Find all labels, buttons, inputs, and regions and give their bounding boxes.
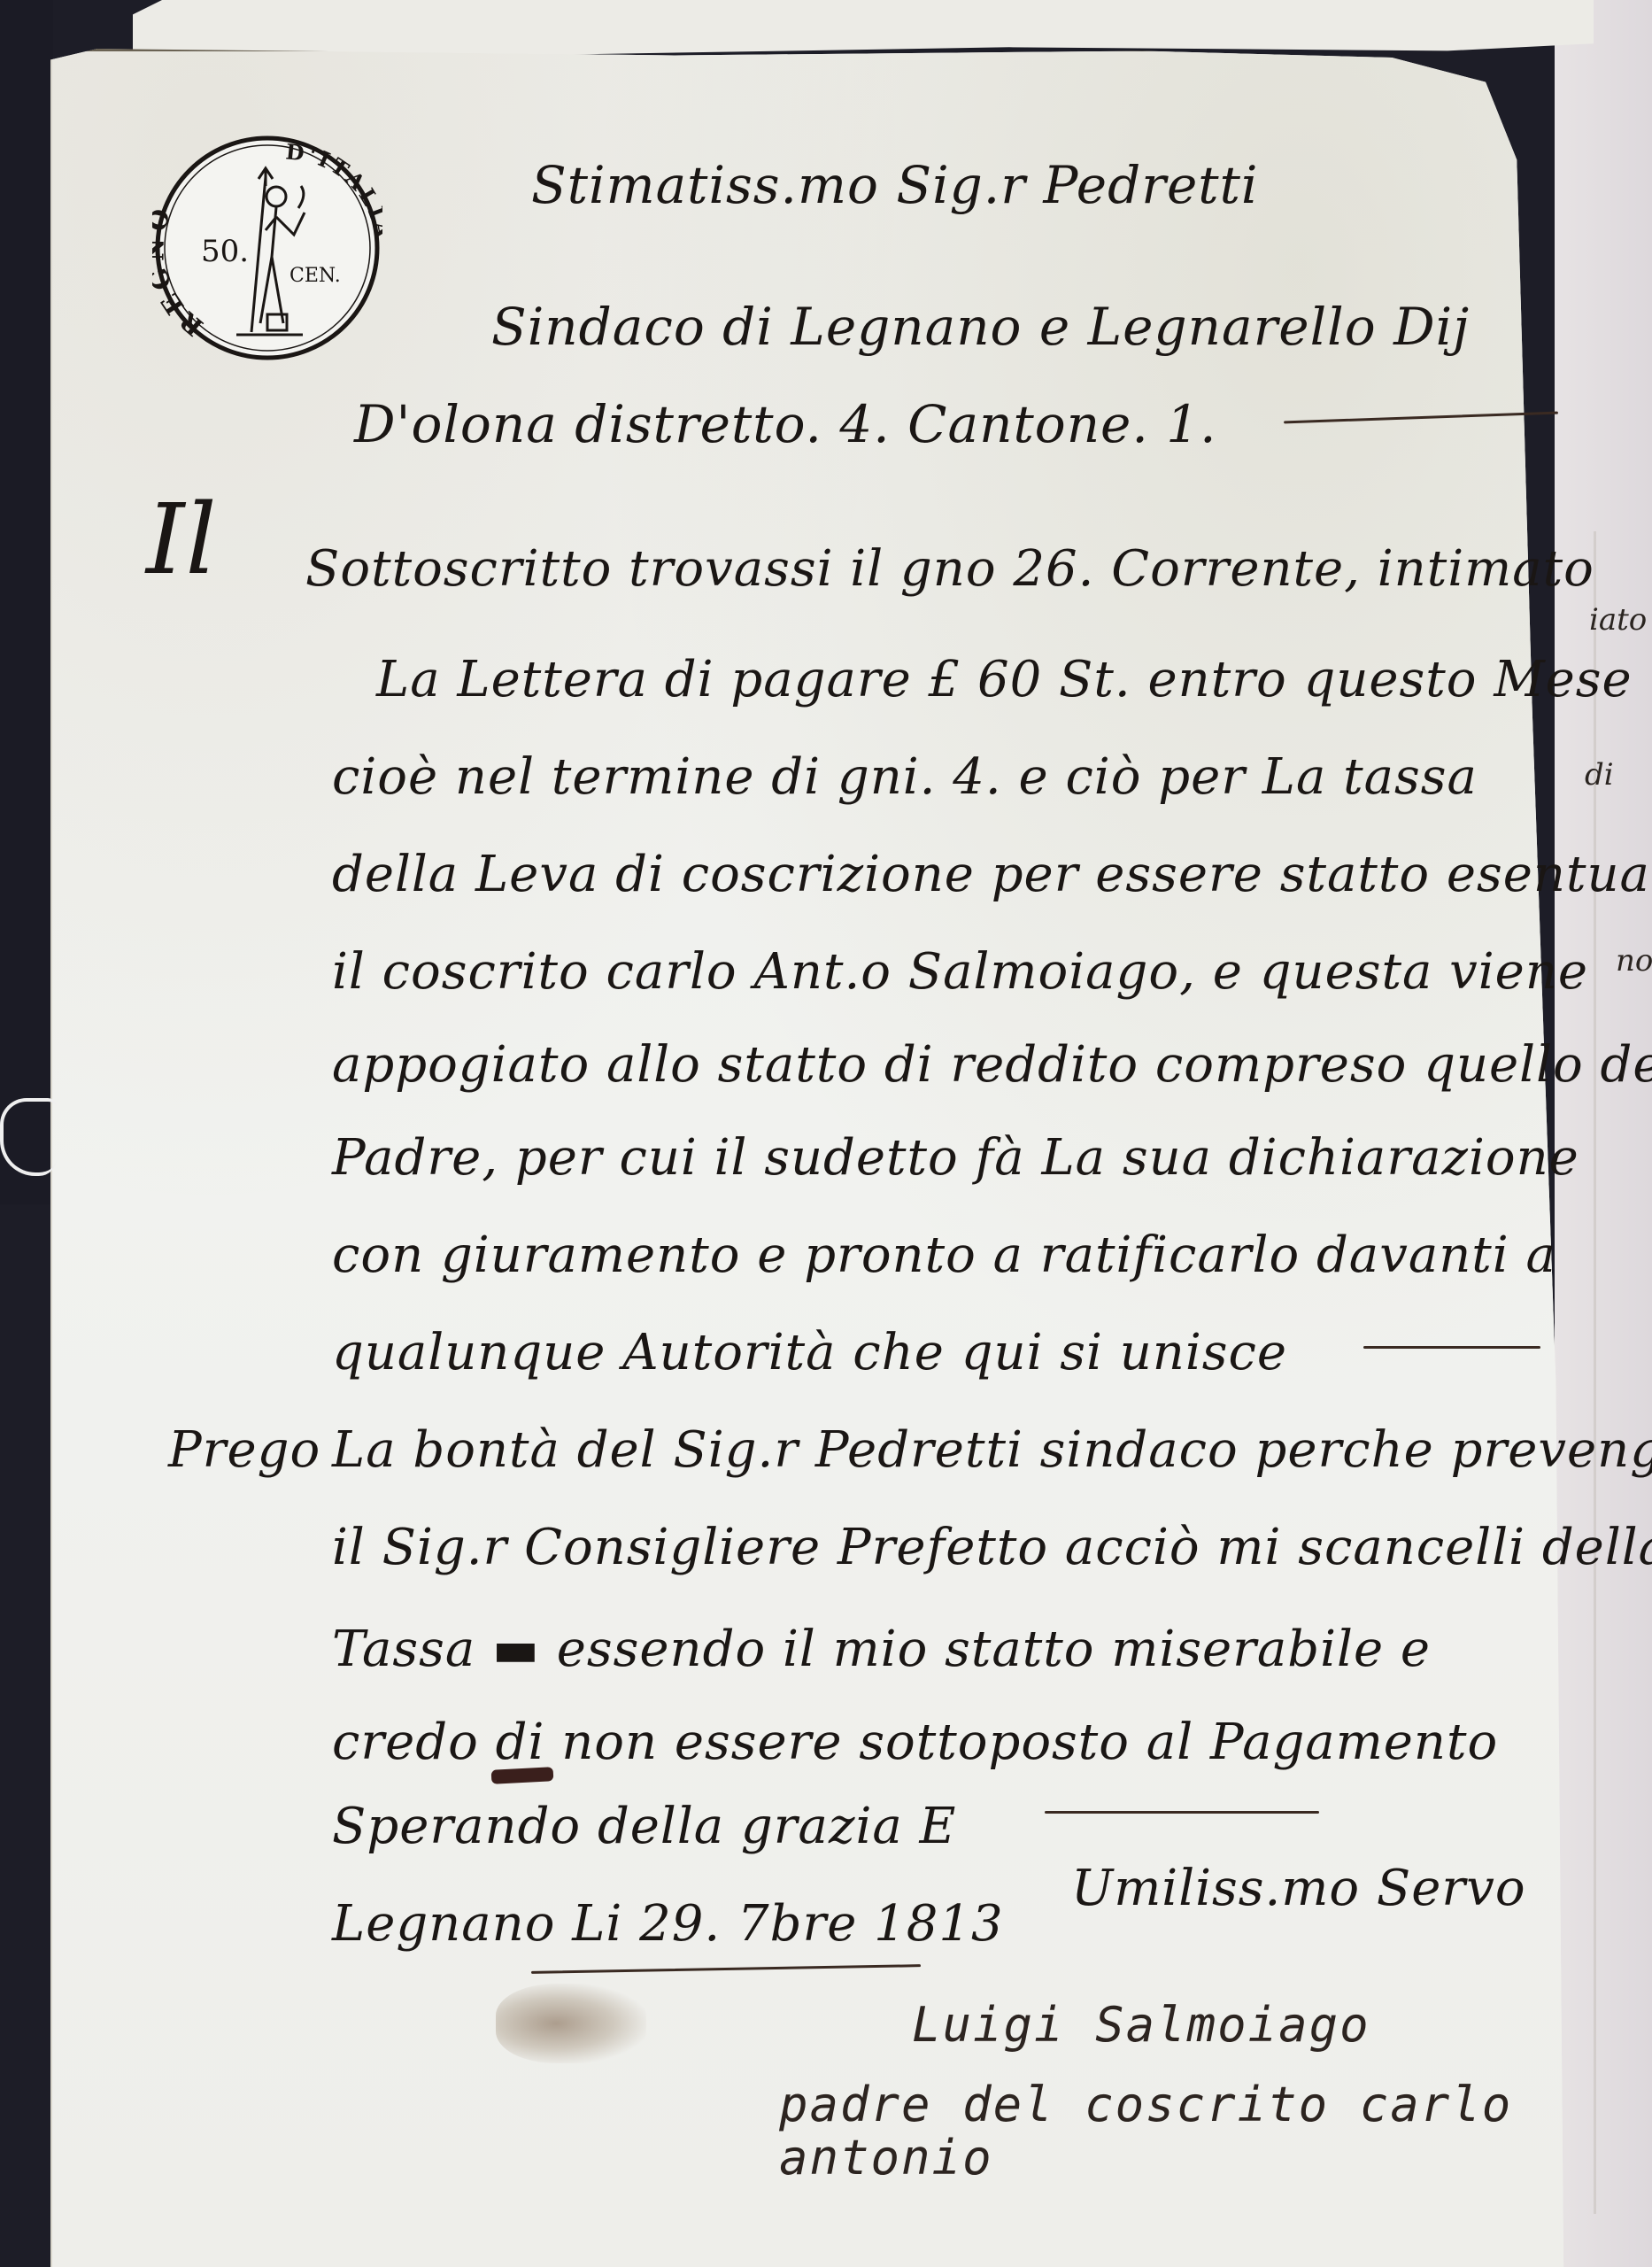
body-line-9: qualunque Autorità che qui si unisce [332, 1324, 1287, 1381]
recipient-district: D'olona distretto. 4. Cantone. 1. [354, 394, 1217, 454]
binding-thread [0, 1098, 57, 1176]
margin-note-lower: no [1616, 943, 1652, 979]
stamp-value: 50. [201, 234, 249, 269]
salutation: Stimatiss.mo Sig.r Pedretti [531, 155, 1258, 215]
body2-line-5: Sperando della grazia E [332, 1798, 956, 1855]
margin-note-mid: di [1585, 757, 1614, 793]
signature-relation: padre del coscrito carlo [779, 2077, 1512, 2132]
margin-note-top: iato [1589, 602, 1647, 638]
body2-line-1: La bontà del Sig.r Pedretti sindaco perc… [332, 1421, 1652, 1479]
initial-letter: Il [146, 483, 218, 596]
valediction: Umiliss.mo Servo [1071, 1860, 1526, 1917]
date-line: Legnano Li 29. 7bre 1813 [332, 1895, 1004, 1953]
tax-stamp: REGNO D'ITALIA 50. CEN. [152, 133, 382, 363]
body-line-5: il coscrito carlo Ant.o Salmoiago, e que… [332, 943, 1588, 1001]
body2-line-4: credo di non essere sottoposto al Pagame… [332, 1714, 1498, 1771]
signature-name: Luigi Salmoiago [912, 1997, 1370, 2053]
closing-rule [1045, 1811, 1319, 1814]
body-line-3: cioè nel termine di gni. 4. e ciò per La… [332, 748, 1478, 806]
body-line-4: della Leva di coscrizione per essere sta… [332, 846, 1652, 903]
signature-mark-smudge [496, 1984, 646, 2063]
body-line-8: con giuramento e pronto a ratificarlo da… [332, 1226, 1556, 1284]
body-line-2: La Lettera di pagare £ 60 St. entro ques… [376, 651, 1633, 708]
paragraph2-lead: Prego [168, 1421, 320, 1479]
stamp-unit: CEN. [289, 265, 341, 287]
recipient-title: Sindaco di Legnano e Legnarello Dij [491, 297, 1470, 357]
body2-line-3: Tassa ▬ essendo il mio statto miserabile… [332, 1621, 1431, 1678]
body-line-7: Padre, per cui il sudetto fà La sua dich… [332, 1129, 1579, 1187]
signature-continuation: antonio [779, 2130, 993, 2186]
paragraph-end-rule [1363, 1346, 1540, 1349]
stamp-seal-icon: REGNO D'ITALIA 50. CEN. [152, 133, 382, 363]
body-line-6: appogiato allo statto di reddito compres… [332, 1036, 1652, 1094]
body-line-1: Sottoscritto trovassi il gno 26. Corrent… [305, 540, 1594, 598]
scanner-background [0, 0, 53, 1204]
body2-line-2: il Sig.r Consigliere Prefetto acciò mi s… [332, 1519, 1652, 1576]
